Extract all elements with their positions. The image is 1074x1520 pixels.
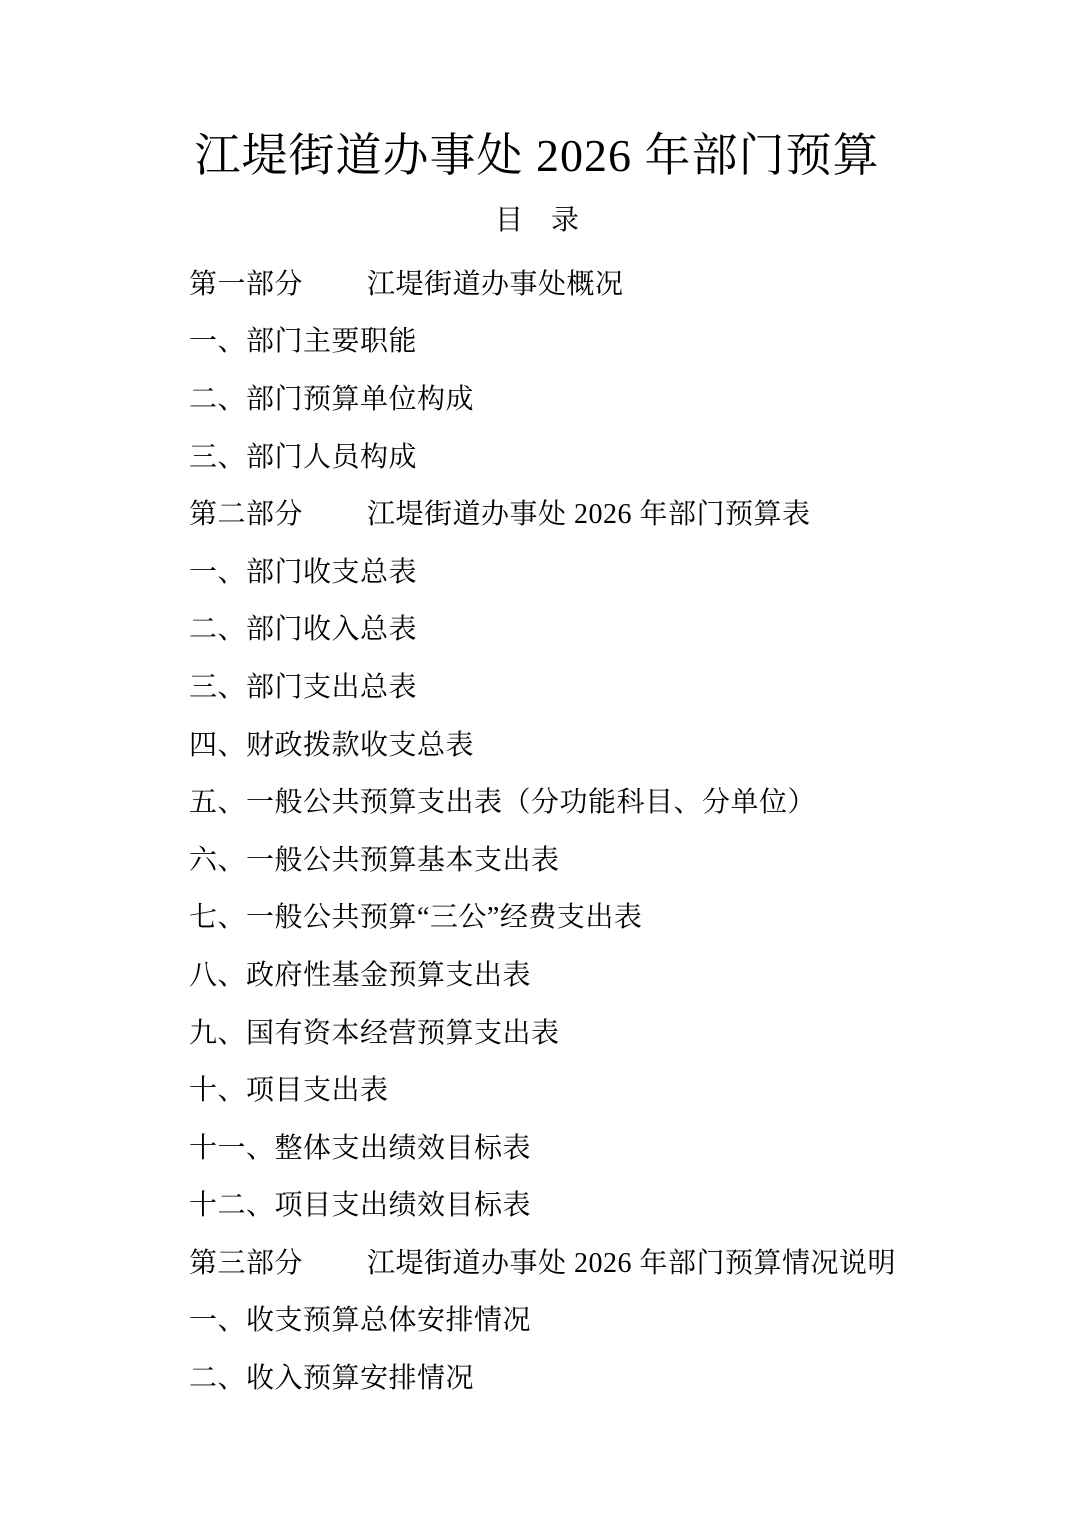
toc-section-part3: 第三部分江堤街道办事处 2026 年部门预算情况说明 [189, 1232, 1034, 1290]
toc-item-text: 二、部门预算单位构成 [189, 377, 474, 417]
toc-item-text: 一、部门主要职能 [189, 319, 417, 359]
toc-item-text: 一、收支预算总体安排情况 [189, 1298, 531, 1338]
toc-item: 八、政府性基金预算支出表 [189, 944, 1034, 1002]
toc-section-label: 第三部分 [189, 1241, 367, 1281]
table-of-contents: 第一部分江堤街道办事处概况 一、部门主要职能 二、部门预算单位构成 三、部门人员… [189, 253, 1034, 1405]
toc-item: 五、一般公共预算支出表（分功能科目、分单位） [189, 771, 1034, 829]
toc-item: 三、部门支出总表 [189, 656, 1034, 714]
toc-item: 二、收入预算安排情况 [189, 1347, 1034, 1405]
toc-item-text: 二、部门收入总表 [189, 607, 417, 647]
toc-section-title: 江堤街道办事处 2026 年部门预算表 [367, 492, 811, 532]
toc-item: 四、财政拨款收支总表 [189, 714, 1034, 772]
toc-item: 十二、项目支出绩效目标表 [189, 1175, 1034, 1233]
toc-section-part2: 第二部分江堤街道办事处 2026 年部门预算表 [189, 483, 1034, 541]
toc-section-title: 江堤街道办事处 2026 年部门预算情况说明 [367, 1241, 896, 1281]
toc-item: 二、部门收入总表 [189, 599, 1034, 657]
toc-item: 一、收支预算总体安排情况 [189, 1290, 1034, 1348]
toc-section-label: 第二部分 [189, 492, 367, 532]
toc-item-text: 十二、项目支出绩效目标表 [189, 1183, 531, 1223]
toc-item: 一、部门主要职能 [189, 311, 1034, 369]
toc-item-text: 十一、整体支出绩效目标表 [189, 1126, 531, 1166]
toc-item-text: 八、政府性基金预算支出表 [189, 953, 531, 993]
toc-item: 三、部门人员构成 [189, 426, 1034, 484]
document-title: 江堤街道办事处 2026 年部门预算 [0, 131, 1074, 182]
toc-heading: 目 录 [0, 204, 1074, 238]
toc-item-text: 三、部门人员构成 [189, 435, 417, 475]
document-page: 江堤街道办事处 2026 年部门预算 目 录 第一部分江堤街道办事处概况 一、部… [0, 0, 1074, 1520]
toc-item-text: 六、一般公共预算基本支出表 [189, 838, 560, 878]
toc-item-text: 二、收入预算安排情况 [189, 1356, 474, 1396]
toc-item-text: 七、一般公共预算“三公”经费支出表 [189, 895, 642, 935]
toc-section-part1: 第一部分江堤街道办事处概况 [189, 253, 1034, 311]
toc-item-text: 五、一般公共预算支出表（分功能科目、分单位） [189, 780, 816, 820]
toc-item-text: 三、部门支出总表 [189, 665, 417, 705]
toc-item: 十一、整体支出绩效目标表 [189, 1117, 1034, 1175]
toc-item: 九、国有资本经营预算支出表 [189, 1002, 1034, 1060]
toc-item: 六、一般公共预算基本支出表 [189, 829, 1034, 887]
toc-item: 七、一般公共预算“三公”经费支出表 [189, 887, 1034, 945]
toc-section-label: 第一部分 [189, 262, 367, 302]
toc-item-text: 四、财政拨款收支总表 [189, 723, 474, 763]
toc-item: 一、部门收支总表 [189, 541, 1034, 599]
toc-item-text: 一、部门收支总表 [189, 550, 417, 590]
toc-item-text: 九、国有资本经营预算支出表 [189, 1011, 560, 1051]
toc-item: 二、部门预算单位构成 [189, 368, 1034, 426]
toc-item: 十、项目支出表 [189, 1059, 1034, 1117]
toc-item-text: 十、项目支出表 [189, 1068, 389, 1108]
toc-section-title: 江堤街道办事处概况 [367, 262, 624, 302]
